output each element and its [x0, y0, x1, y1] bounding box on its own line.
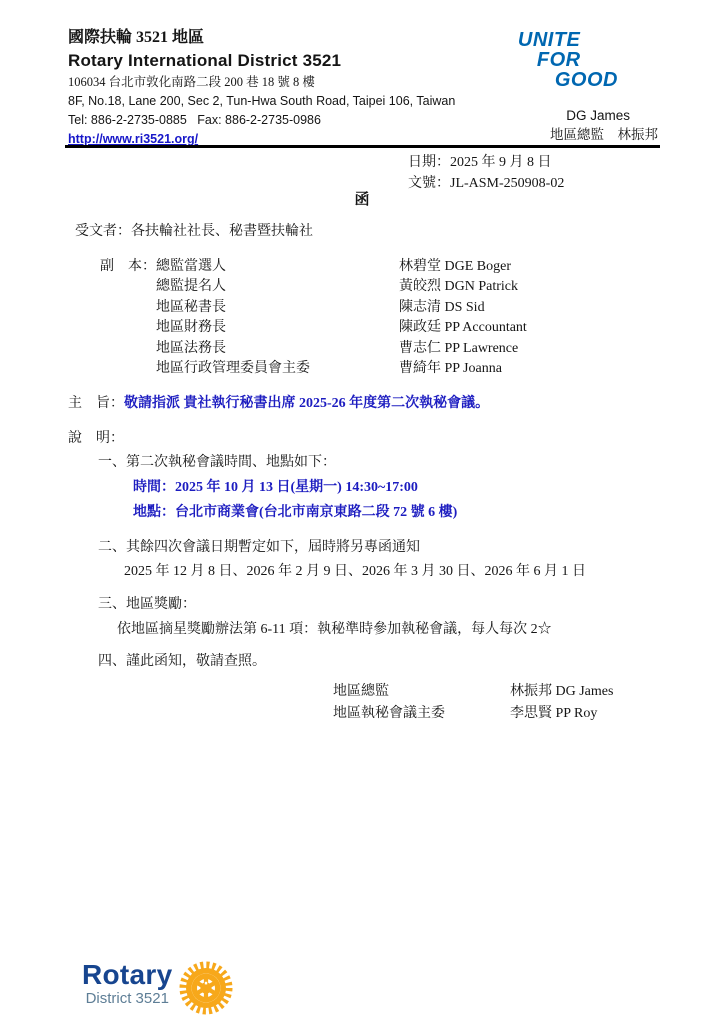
future-meeting-dates: 2025 年 12 月 8 日、2026 年 2 月 9 日、2026 年 3 … [124, 560, 586, 580]
address-en: 8F, No.18, Lane 200, Sec 2, Tun-Hwa Sout… [68, 92, 455, 111]
copy-to-row: 總監提名人 黃皎烈 DGN Patrick [156, 277, 527, 297]
signature-block: 地區總監 林振邦 DG James 地區執秘會議主委 李思賢 PP Roy [333, 681, 613, 725]
address-zh: 106034 台北市敦化南路二段 200 巷 18 號 8 樓 [68, 73, 455, 92]
copy-role: 總監當選人 [156, 257, 399, 277]
copy-to-row: 地區秘書長 陳志清 DS Sid [156, 298, 527, 318]
copy-role: 地區法務長 [156, 339, 399, 359]
award-rule-detail: 依地區摘星獎勵辦法第 6-11 項：執秘準時參加執秘會議，每人每次 2☆ [117, 618, 552, 638]
copy-role: 地區財務長 [156, 318, 399, 338]
signature-row: 地區執秘會議主委 李思賢 PP Roy [333, 703, 613, 725]
org-name-zh: 國際扶輪 3521 地區 [68, 27, 455, 49]
subject-label: 主 旨： [68, 396, 124, 411]
copy-to-row: 地區行政管理委員會主委 曹綺年 PP Joanna [156, 359, 527, 379]
copy-role: 地區行政管理委員會主委 [156, 359, 399, 379]
copy-name: 陳政廷 PP Accountant [399, 318, 527, 338]
rotary-gear-icon [178, 960, 234, 1016]
tel-fax-line: Tel: 886-2-2735-0885 Fax: 886-2-2735-098… [68, 111, 455, 130]
copy-to-row: 地區法務長 曹志仁 PP Lawrence [156, 339, 527, 359]
theme-line-1: UNITE [518, 30, 618, 50]
theme-line-3: GOOD [555, 70, 618, 90]
recipient-line: 受文者：各扶輪社社長、秘書暨扶輪社 [75, 220, 313, 240]
copy-role: 總監提名人 [156, 277, 399, 297]
copy-to-label: 副 本： [100, 257, 156, 379]
letterhead-right: UNITE FOR GOOD DG James 地區總監 林振邦 [518, 30, 658, 144]
copy-name: 黃皎烈 DGN Patrick [399, 277, 518, 297]
doc-title: 函 [0, 188, 724, 209]
copy-name: 林碧堂 DGE Boger [399, 257, 511, 277]
signer-name: 林振邦 DG James [510, 681, 613, 703]
explanation-item-1: 一、第二次執秘會議時間、地點如下： [98, 451, 336, 471]
rotary-wordmark: Rotary District 3521 [82, 960, 173, 1008]
copy-name: 曹志仁 PP Lawrence [399, 339, 518, 359]
copy-name: 陳志清 DS Sid [399, 298, 485, 318]
letter-page: 國際扶輪 3521 地區 Rotary International Distri… [0, 0, 724, 1024]
explanation-item-3: 三、地區獎勵： [98, 593, 196, 613]
unite-for-good-logo: UNITE FOR GOOD [518, 30, 618, 90]
copy-to-rows: 總監當選人 林碧堂 DGE Boger 總監提名人 黃皎烈 DGN Patric… [156, 257, 527, 379]
copy-to-row: 總監當選人 林碧堂 DGE Boger [156, 257, 527, 277]
signer-title: 地區總監 [333, 681, 510, 703]
rotary-brand-text: Rotary [82, 960, 173, 990]
copy-to-row: 地區財務長 陳政廷 PP Accountant [156, 318, 527, 338]
subject-content: 敬請指派 貴社執行秘書出席 2025-26 年度第二次執秘會議。 [124, 396, 489, 411]
date-line: 日期：2025 年 9 月 8 日 [408, 152, 564, 173]
governor-name-en: DG James [518, 107, 630, 125]
explanation-item-2: 二、其餘四次會議日期暫定如下，屆時將另專函通知 [98, 536, 420, 556]
explanation-item-4: 四、謹此函知，敬請查照。 [98, 650, 266, 670]
theme-line-2: FOR [537, 50, 618, 70]
signature-row: 地區總監 林振邦 DG James [333, 681, 613, 703]
header-divider [65, 145, 660, 148]
letterhead: 國際扶輪 3521 地區 Rotary International Distri… [68, 27, 455, 149]
meeting-time-line: 時間：2025 年 10 月 13 日(星期一) 14:30~17:00 [133, 476, 418, 496]
district-text: District 3521 [86, 990, 169, 1008]
explanation-label: 說 明： [68, 427, 124, 447]
signer-name: 李思賢 PP Roy [510, 703, 597, 725]
governor-name-zh: 地區總監 林振邦 [518, 125, 658, 144]
signer-title: 地區執秘會議主委 [333, 703, 510, 725]
copy-role: 地區秘書長 [156, 298, 399, 318]
rotary-footer-logo: Rotary District 3521 [82, 960, 234, 1016]
copy-to-block: 副 本： 總監當選人 林碧堂 DGE Boger 總監提名人 黃皎烈 DGN P… [100, 257, 527, 379]
org-name-en: Rotary International District 3521 [68, 49, 455, 73]
subject-line: 主 旨：敬請指派 貴社執行秘書出席 2025-26 年度第二次執秘會議。 [68, 392, 489, 412]
meeting-place-line: 地點：台北市商業會(台北市南京東路二段 72 號 6 樓) [133, 501, 457, 521]
copy-name: 曹綺年 PP Joanna [399, 359, 502, 379]
